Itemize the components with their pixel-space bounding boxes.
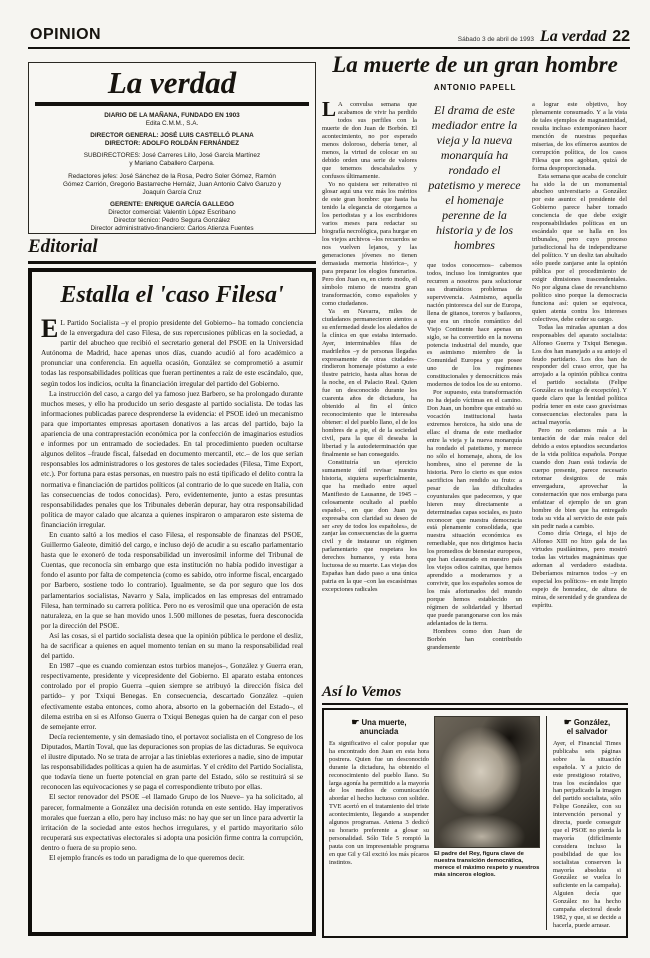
masthead-redactores: Redactores jefes: José Sánchez de la Ros… (29, 173, 315, 181)
photo-column: El padre del Rey, figura clave de nuestr… (434, 716, 540, 930)
masthead-dir-tecnico: Director técnico: Pedro Segura González (29, 217, 315, 225)
masthead-edita: Edita C.M.M., S.A. (29, 120, 315, 128)
asi-lo-vemos-section: Así lo Vemos ☛Una muerte, anunciada Es s… (322, 684, 628, 938)
article-paragraph: Esta semana que acaba de concluir ha sid… (532, 173, 627, 324)
article-paragraph: Como diría Ortega, el hijo de Alfonso XI… (532, 530, 627, 610)
asi-lo-vemos-label: Así lo Vemos (322, 684, 628, 701)
editorial-paragraph: En cuanto saltó a los medios el caso Fil… (41, 530, 303, 631)
article-pullquote: El drama de este mediador entre la vieja… (428, 103, 521, 253)
masthead-director: DIRECTOR: ADOLFO ROLDÁN FERNÁNDEZ (29, 140, 315, 148)
masthead-title: La verdad (29, 65, 315, 101)
masthead-rule (35, 102, 309, 106)
article-columns: LA convulsa semana que acabamos de vivir… (322, 101, 628, 689)
masthead-founded: DIARIO DE LA MAÑANA, FUNDADO EN 1903 (29, 112, 315, 120)
masthead-redactores-3: Joaquín García Cruz (29, 189, 315, 197)
vertical-divider (546, 716, 547, 930)
article-paragraph: LA convulsa semana que acabamos de vivir… (322, 101, 417, 181)
asi-lo-vemos-rule (322, 703, 628, 705)
asi-item-heading: ☛Una muerte, anunciada (337, 718, 421, 736)
pointing-hand-icon: ☛ (564, 717, 572, 727)
article-byline: ANTONIO PAPELL (322, 83, 628, 92)
masthead-redactores-2: Gómez Carrión, Gregorio Bastarreche Hern… (29, 181, 315, 189)
article-paragraph: Por supuesto, esta transformación no ha … (427, 389, 522, 628)
header-date: Sábado 3 de abril de 1993 (458, 36, 534, 43)
pointing-hand-icon: ☛ (351, 717, 359, 727)
editorial-paragraph: En 1987 –que es cuando comienzan estos t… (41, 661, 303, 732)
article-column-3: a lograr este objetivo, hoy plenamente c… (532, 101, 627, 689)
editorial-paragraph-text: L Partido Socialista –y el propio presid… (41, 318, 303, 388)
editorial-paragraph: EL Partido Socialista –y el propio presi… (41, 318, 303, 389)
header-page-number: 22 (612, 28, 630, 46)
editorial-paragraph: Así las cosas, si el partido socialista … (41, 631, 303, 661)
editorial-box: Estalla el 'caso Filesa' EL Partido Soci… (28, 268, 316, 936)
editorial-body: EL Partido Socialista –y el propio presi… (41, 318, 303, 863)
article-column-1: LA convulsa semana que acabamos de vivir… (322, 101, 417, 689)
article-dropcap: L (322, 101, 338, 118)
main-article: La muerte de un gran hombre ANTONIO PAPE… (322, 52, 628, 689)
masthead-subdirectores-2: y Mariano Caballero Carpena. (29, 160, 315, 168)
asi-item-gonzalez: ☛González, el salvador Ayer, el Financia… (553, 716, 621, 930)
photo-caption: El padre del Rey, figura clave de nuestr… (434, 851, 540, 879)
section-title: OPINION (30, 26, 101, 44)
editorial-paragraph: Decía recientemente, y sin demasiado tin… (41, 732, 303, 793)
masthead-dir-admin: Director administrativo-financiero: Carl… (29, 225, 315, 233)
masthead-gerente: GERENTE: ENRIQUE GARCÍA GALLEGO (29, 201, 315, 209)
editorial-paragraph: El sector renovador del PSOE –el llamado… (41, 792, 303, 853)
article-paragraph: Todas las miradas apuntan a dos responsa… (532, 324, 627, 427)
newspaper-opinion-page: OPINION Sábado 3 de abril de 1993 La ver… (0, 0, 650, 958)
article-paragraph: Ya en Navarra, miles de ciudadanos perma… (322, 308, 417, 459)
masthead-box: La verdad DIARIO DE LA MAÑANA, FUNDADO E… (28, 62, 316, 234)
asi-item-title: Una muerte, anunciada (360, 718, 407, 736)
article-paragraph: que todos conocemos– cabemos todos, incl… (427, 262, 522, 389)
editorial-paragraph: La instrucción del caso, a cargo del ya … (41, 389, 303, 530)
article-column-2: El drama de este mediador entre la vieja… (427, 101, 522, 689)
asi-lo-vemos-box: ☛Una muerte, anunciada Es significativo … (322, 708, 628, 938)
masthead-dir-comercial: Director comercial: Valentín López Escri… (29, 209, 315, 217)
article-headline: La muerte de un gran hombre (322, 52, 628, 78)
article-paragraph: Yo no quisiera ser reiterativo ni glosar… (322, 181, 417, 308)
asi-item-body: Ayer, el Financial Times publicaba seis … (553, 740, 621, 930)
article-paragraph: Hombres como don Juan de Borbón han cont… (427, 628, 522, 652)
editorial-rule (28, 261, 316, 264)
header-newspaper-logo: La verdad (540, 28, 606, 46)
article-paragraph: a lograr este objetivo, hoy plenamente c… (532, 101, 627, 173)
editorial-label: Editorial (28, 236, 98, 258)
header-rule (28, 47, 630, 49)
asi-item-title: González, el salvador (567, 718, 611, 736)
article-paragraph: Constituiría un ejercicio sumamente útil… (322, 459, 417, 594)
editorial-headline: Estalla el 'caso Filesa' (41, 282, 303, 309)
asi-item-heading: ☛González, el salvador (561, 718, 613, 736)
editorial-paragraph: El ejemplo francés es todo un paradigma … (41, 853, 303, 863)
editorial-dropcap: E (41, 318, 60, 339)
asi-item-body: Es significativo el calor popular que ha… (329, 740, 429, 867)
photo-don-juan-portrait (434, 716, 540, 848)
masthead-subdirectores: SUBDIRECTORES: José Carreres Lillo, José… (29, 152, 315, 160)
header-right: Sábado 3 de abril de 1993 La verdad 22 (458, 28, 630, 46)
asi-item-una-muerte: ☛Una muerte, anunciada Es significativo … (329, 716, 434, 930)
article-paragraph: Pero no cedamos más a la tentación de da… (532, 427, 627, 530)
